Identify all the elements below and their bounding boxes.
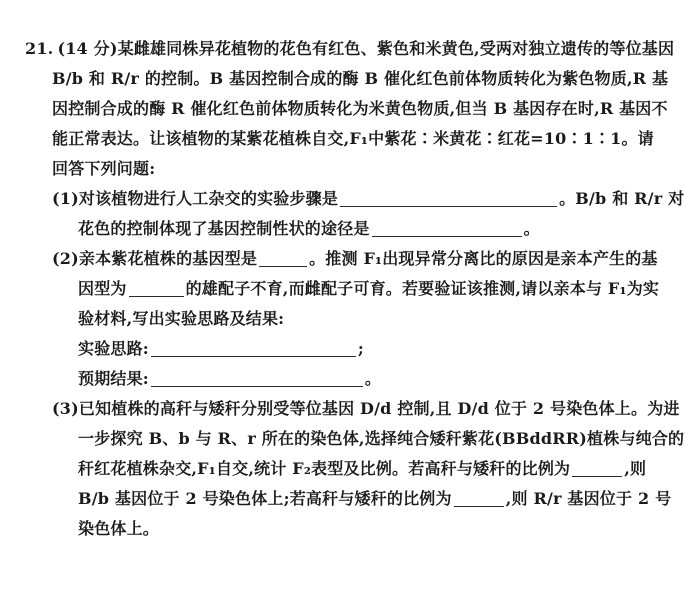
line-text: 花色的控制体现了基因控制性状的途径是	[78, 219, 370, 238]
text-line-intro-4: 能正常表达。让该植物的某紫花植株自交,F₁中紫花∶米黄花∶红花=10∶1∶1。请	[52, 124, 685, 154]
text-line-q2-a: (2)亲本紫花植株的基因型是。推测 F₁出现异常分离比的原因是亲本产生的基	[52, 244, 685, 274]
line-text: B/b 基因位于 2 号染色体上;若高秆与矮秆的比例为	[78, 489, 452, 508]
line-text: 。B/b 和 R/r 对	[559, 189, 684, 208]
line-text: (3)已知植株的高秆与矮秆分别受等位基因 D/d 控制,且 D/d 位于 2 号…	[52, 399, 680, 418]
text-line-q1-b: 花色的控制体现了基因控制性状的途径是。	[78, 214, 685, 244]
text-line-intro-5: 回答下列问题:	[52, 154, 685, 184]
line-text: 一步探究 B、b 与 R、r 所在的染色体,选择纯合矮秆紫花(BBddRR)植株…	[78, 429, 685, 448]
text-line-q1-a: (1)对该植物进行人工杂交的实验步骤是。B/b 和 R/r 对	[52, 184, 685, 214]
line-text: B/b 和 R/r 的控制。B 基因控制合成的酶 B 催化红色前体物质转化为紫色…	[52, 69, 668, 88]
text-line-intro-1: 21.(14 分)某雌雄同株异花植物的花色有红色、紫色和米黄色,受两对独立遗传的…	[25, 34, 685, 64]
text-line-q3-c: 秆红花植株杂交,F₁自交,统计 F₂表型及比例。若高秆与矮秆的比例为,则	[78, 454, 685, 484]
exam-page: 21.(14 分)某雌雄同株异花植物的花色有红色、紫色和米黄色,受两对独立遗传的…	[0, 0, 685, 598]
question-number: 21.	[25, 39, 53, 58]
line-text: 实验思路:	[78, 339, 149, 358]
answer-blank	[151, 352, 356, 357]
answer-blank	[372, 232, 522, 237]
line-text: 回答下列问题:	[52, 159, 155, 178]
text-line-q3-b: 一步探究 B、b 与 R、r 所在的染色体,选择纯合矮秆紫花(BBddRR)植株…	[78, 424, 685, 454]
line-text: ;	[358, 339, 364, 358]
line-text: (2)亲本紫花植株的基因型是	[52, 249, 257, 268]
line-text: (14 分)某雌雄同株异花植物的花色有红色、紫色和米黄色,受两对独立遗传的等位基…	[57, 39, 674, 58]
line-text: 染色体上。	[78, 519, 159, 538]
answer-blank	[151, 382, 363, 387]
text-line-intro-2: B/b 和 R/r 的控制。B 基因控制合成的酶 B 催化红色前体物质转化为紫色…	[52, 64, 685, 94]
line-text: ,则	[624, 459, 646, 478]
line-text: 验材料,写出实验思路及结果:	[78, 309, 284, 328]
line-text: 秆红花植株杂交,F₁自交,统计 F₂表型及比例。若高秆与矮秆的比例为	[78, 459, 570, 478]
line-text: (1)对该植物进行人工杂交的实验步骤是	[52, 189, 338, 208]
line-text: 的雄配子不育,而雌配子可育。若要验证该推测,请以亲本与 F₁为实	[186, 279, 659, 298]
line-text: 预期结果:	[78, 369, 149, 388]
text-line-q2-b: 因型为的雄配子不育,而雌配子可育。若要验证该推测,请以亲本与 F₁为实	[78, 274, 685, 304]
line-text: 。	[365, 369, 381, 388]
text-line-q3-a: (3)已知植株的高秆与矮秆分别受等位基因 D/d 控制,且 D/d 位于 2 号…	[52, 394, 685, 424]
line-text: 。推测 F₁出现异常分离比的原因是亲本产生的基	[309, 249, 658, 268]
text-line-q2-c: 验材料,写出实验思路及结果:	[78, 304, 685, 334]
answer-blank	[572, 472, 622, 477]
text-line-experiment-idea: 实验思路:;	[78, 334, 685, 364]
line-text: 能正常表达。让该植物的某紫花植株自交,F₁中紫花∶米黄花∶红花=10∶1∶1。请	[52, 129, 654, 148]
text-line-q3-d: B/b 基因位于 2 号染色体上;若高秆与矮秆的比例为,则 R/r 基因位于 2…	[78, 484, 685, 514]
line-text: ,则 R/r 基因位于 2 号	[506, 489, 672, 508]
answer-blank	[454, 502, 504, 507]
text-line-q3-e: 染色体上。	[78, 514, 685, 544]
text-line-intro-3: 因控制合成的酶 R 催化红色前体物质转化为米黄色物质,但当 B 基因存在时,R …	[52, 94, 685, 124]
line-text: 。	[524, 219, 540, 238]
answer-blank	[129, 292, 184, 297]
line-text: 因型为	[78, 279, 127, 298]
answer-blank	[259, 262, 307, 267]
line-text: 因控制合成的酶 R 催化红色前体物质转化为米黄色物质,但当 B 基因存在时,R …	[52, 99, 668, 118]
text-line-expected-result: 预期结果:。	[78, 364, 685, 394]
answer-blank	[340, 202, 557, 207]
